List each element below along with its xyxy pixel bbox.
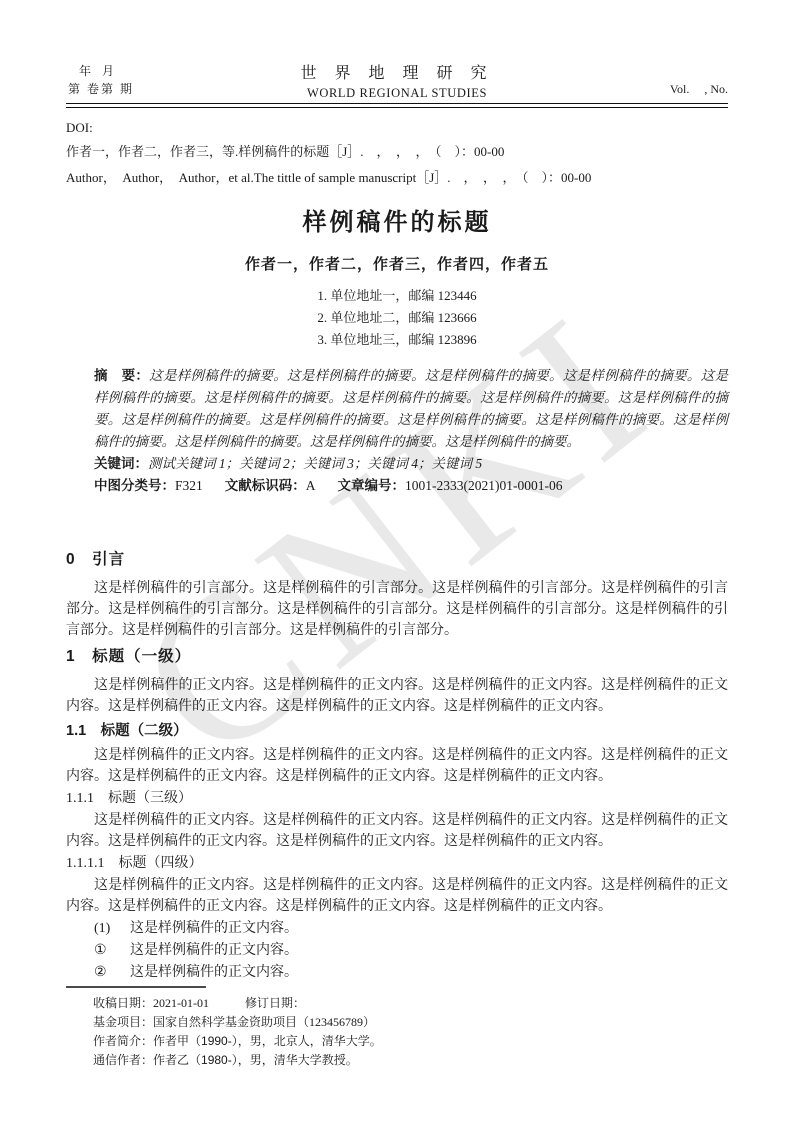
intro-body: 这是样例稿件的引言部分。这是样例稿件的引言部分。这是样例稿件的引言部分。这是样例… (66, 578, 728, 641)
author-bio-value: 作者甲（1990-），男，北京人，清华大学。 (153, 1034, 382, 1048)
affiliation-3: 3. 单位地址三，邮编 123896 (66, 329, 728, 351)
list-text-1: 这是样例稿件的正文内容。 (130, 921, 298, 936)
doccode-value: A (306, 478, 316, 493)
heading-intro: 0 引言 (66, 548, 728, 572)
numbered-list: (1)这是样例稿件的正文内容。 ①这是样例稿件的正文内容。 ②这是样例稿件的正文… (66, 918, 728, 984)
journal-name-cn: 世 界 地 理 研 究 (66, 60, 728, 83)
author-bio-line: 作者简介：作者甲（1990-），男，北京人，清华大学。 (93, 1032, 728, 1051)
keywords-text: 测试关键词 1；关键词 2；关键词 3；关键词 4；关键词 5 (148, 456, 482, 471)
funding-value: 国家自然科学基金资助项目（123456789） (153, 1015, 375, 1029)
artid-label: 文章编号： (338, 478, 406, 493)
citation-cn: 作者一，作者二，作者三，等.样例稿件的标题［J］. ， ， ， （ ）：00-0… (66, 142, 728, 162)
manuscript-page: CNKI 年 月 第 卷第 期 世 界 地 理 研 究 WORLD REGION… (0, 0, 794, 1123)
section-1-1-1-body: 这是样例稿件的正文内容。这是样例稿件的正文内容。这是样例稿件的正文内容。这是样例… (66, 810, 728, 852)
corresponding-author-value: 作者乙（1980-），男，清华大学教授。 (153, 1053, 358, 1067)
citation-en: Author， Author， Author，et al.The tittle … (66, 168, 728, 188)
section-1-1: 1.1 标题（二级） 这是样例稿件的正文内容。这是样例稿件的正文内容。这是样例稿… (66, 720, 728, 787)
list-text-2: 这是样例稿件的正文内容。 (130, 943, 298, 958)
list-marker-circle-2: ② (94, 962, 130, 984)
classification-line: 中图分类号：F321文献标识码：A文章编号：1001-2333(2021)01-… (94, 475, 728, 497)
abstract-text: 这是样例稿件的摘要。这是样例稿件的摘要。这是样例稿件的摘要。这是样例稿件的摘要。… (94, 368, 728, 449)
abstract-paragraph: 摘 要：这是样例稿件的摘要。这是样例稿件的摘要。这是样例稿件的摘要。这是样例稿件… (94, 365, 728, 453)
header-double-rule (66, 103, 728, 108)
heading-level-1: 1 标题（一级） (66, 645, 728, 669)
journal-name: 世 界 地 理 研 究 WORLD REGIONAL STUDIES (66, 60, 728, 101)
received-date-line: 收稿日期：2021-01-01 修订日期： (93, 994, 728, 1013)
author-bio-label: 作者简介： (93, 1034, 153, 1048)
footnote-block: 收稿日期：2021-01-01 修订日期： 基金项目：国家自然科学基金资助项目（… (66, 986, 728, 1070)
vol-no: Vol. , No. (670, 80, 728, 97)
heading-level-3: 1.1.1 标题（三级） (66, 788, 728, 809)
section-1-1-1-1: 1.1.1.1 标题（四级） 这是样例稿件的正文内容。这是样例稿件的正文内容。这… (66, 853, 728, 917)
artid-value: 1001-2333(2021)01-0001-06 (405, 478, 562, 493)
section-1: 1 标题（一级） 这是样例稿件的正文内容。这是样例稿件的正文内容。这是样例稿件的… (66, 645, 728, 717)
section-1-1-1: 1.1.1 标题（三级） 这是样例稿件的正文内容。这是样例稿件的正文内容。这是样… (66, 788, 728, 852)
list-text-3: 这是样例稿件的正文内容。 (130, 965, 298, 980)
heading-level-2: 1.1 标题（二级） (66, 720, 728, 742)
list-item: ②这是样例稿件的正文内容。 (66, 962, 728, 984)
section-1-1-body: 这是样例稿件的正文内容。这是样例稿件的正文内容。这是样例稿件的正文内容。这是样例… (66, 745, 728, 787)
funding-line: 基金项目：国家自然科学基金资助项目（123456789） (93, 1013, 728, 1032)
corresponding-author-label: 通信作者： (93, 1053, 153, 1067)
footnote-rows: 收稿日期：2021-01-01 修订日期： 基金项目：国家自然科学基金资助项目（… (66, 994, 728, 1070)
article-title: 样例稿件的标题 (66, 208, 728, 238)
affiliation-1: 1. 单位地址一，邮编 123446 (66, 285, 728, 307)
running-head: 年 月 第 卷第 期 世 界 地 理 研 究 WORLD REGIONAL ST… (66, 60, 728, 98)
received-date-value: 2021-01-01 修订日期： (153, 996, 305, 1010)
doccode-label: 文献标识码： (225, 478, 306, 493)
corresponding-author-line: 通信作者：作者乙（1980-），男，清华大学教授。 (93, 1051, 728, 1070)
footnote-separator (66, 986, 206, 988)
abstract-block: 摘 要：这是样例稿件的摘要。这是样例稿件的摘要。这是样例稿件的摘要。这是样例稿件… (94, 365, 728, 497)
section-1-1-1-1-body: 这是样例稿件的正文内容。这是样例稿件的正文内容。这是样例稿件的正文内容。这是样例… (66, 875, 728, 917)
affiliation-list: 1. 单位地址一，邮编 123446 2. 单位地址二，邮编 123666 3.… (66, 285, 728, 351)
list-marker-1: (1) (94, 918, 130, 940)
funding-label: 基金项目： (93, 1015, 153, 1029)
received-date-label: 收稿日期： (93, 996, 153, 1010)
abstract-label: 摘 要： (94, 368, 149, 383)
list-item: (1)这是样例稿件的正文内容。 (66, 918, 728, 940)
affiliation-2: 2. 单位地址二，邮编 123666 (66, 307, 728, 329)
list-marker-circle-1: ① (94, 940, 130, 962)
list-item: ①这是样例稿件的正文内容。 (66, 940, 728, 962)
section-1-body: 这是样例稿件的正文内容。这是样例稿件的正文内容。这是样例稿件的正文内容。这是样例… (66, 675, 728, 717)
clc-label: 中图分类号： (94, 478, 175, 493)
clc-value: F321 (175, 478, 203, 493)
section-intro: 0 引言 这是样例稿件的引言部分。这是样例稿件的引言部分。这是样例稿件的引言部分… (66, 548, 728, 641)
article-authors: 作者一，作者二，作者三，作者四，作者五 (66, 255, 728, 274)
keywords-line: 关键词：测试关键词 1；关键词 2；关键词 3；关键词 4；关键词 5 (94, 453, 728, 475)
keywords-label: 关键词： (94, 456, 148, 471)
journal-name-en: WORLD REGIONAL STUDIES (66, 86, 728, 101)
heading-level-4: 1.1.1.1 标题（四级） (66, 853, 728, 874)
doi-line: DOI: (66, 119, 728, 136)
page-content: 年 月 第 卷第 期 世 界 地 理 研 究 WORLD REGIONAL ST… (0, 0, 794, 984)
